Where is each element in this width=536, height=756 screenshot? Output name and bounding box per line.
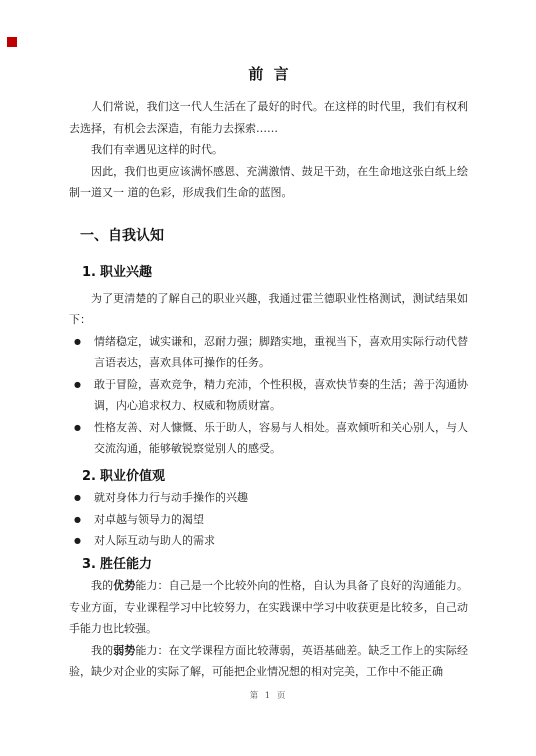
bullet-icon: ● [69,417,94,460]
subsection-title: 职业价值观 [100,467,165,486]
bullet-icon: ● [69,374,94,417]
paragraph-strength: 我的优势能力：自己是一个比较外向的性格，自认为具备了良好的沟通能力。专业方面，专… [69,575,468,640]
list-item-text: 对人际互动与助人的需求 [94,530,468,552]
bold-text-run: 弱势 [113,644,135,657]
subsection-heading-2: 2. 职业价值观 [82,467,468,486]
paragraph: 为了更清楚的了解自己的职业兴趣，我通过霍兰德职业性格测试，测试结果如下： [69,288,468,331]
section-heading: 一、自我认知 [80,226,468,246]
bullet-icon: ● [69,509,94,531]
bold-text-run: 优势 [113,579,135,592]
subsection-title: 职业兴趣 [100,263,152,282]
bullet-icon: ● [69,530,94,552]
paragraph: 人们常说，我们这一代人生活在了最好的时代。在这样的时代里，我们有权利去选择，有机… [69,96,468,139]
document-page: 前 言 人们常说，我们这一代人生活在了最好的时代。在这样的时代里，我们有权利去选… [0,0,536,756]
page-content: 前 言 人们常说，我们这一代人生活在了最好的时代。在这样的时代里，我们有权利去选… [69,0,468,702]
list-item-text: 对卓越与领导力的渴望 [94,509,468,531]
red-square-marker [7,37,17,47]
page-number-footer: 第 1 页 [69,690,468,702]
subsection-heading-3: 3. 胜任能力 [82,555,468,574]
list-item-text: 就对身体力行与动手操作的兴趣 [94,487,468,509]
bullet-icon: ● [69,487,94,509]
subsection-number: 3. [82,555,100,574]
list-item-text: 敢于冒险，喜欢竞争，精力充沛，个性积极，喜欢快节奏的生活；善于沟通协调，内心追求… [94,374,468,417]
paragraph: 我们有幸遇见这样的时代。 [69,139,468,161]
list-item: ● 对卓越与领导力的渴望 [69,509,468,531]
list-item-text: 情绪稳定，诚实谦和，忍耐力强；脚踏实地，重视当下，喜欢用实际行动代替言语表达，喜… [94,331,468,374]
list-item: ● 对人际互动与助人的需求 [69,530,468,552]
text-run: 我的 [91,644,113,657]
list-item: ● 性格友善、对人慷慨、乐于助人，容易与人相处。喜欢倾听和关心别人，与人交流沟通… [69,417,468,460]
intro-paragraphs: 人们常说，我们这一代人生活在了最好的时代。在这样的时代里，我们有权利去选择，有机… [69,96,468,204]
paragraph: 因此，我们也更应该满怀感恩、充满激情、鼓足干劲，在生命地这张白纸上绘制一道又一 … [69,161,468,204]
subsection-number: 2. [82,467,100,486]
subsection-heading-1: 1. 职业兴趣 [82,263,468,282]
bullet-icon: ● [69,331,94,374]
list-item: ● 敢于冒险，喜欢竞争，精力充沛，个性积极，喜欢快节奏的生活；善于沟通协调，内心… [69,374,468,417]
document-title: 前 言 [69,64,468,84]
subsection-title: 胜任能力 [100,555,152,574]
paragraph-weakness: 我的弱势能力：在文学课程方面比较薄弱，英语基础差。缺乏工作上的实际经验，缺少对企… [69,640,468,683]
list-item: ● 就对身体力行与动手操作的兴趣 [69,487,468,509]
list-item-text: 性格友善、对人慷慨、乐于助人，容易与人相处。喜欢倾听和关心别人，与人交流沟通，能… [94,417,468,460]
text-run: 我的 [91,579,113,592]
subsection-number: 1. [82,263,100,282]
list-item: ● 情绪稳定，诚实谦和，忍耐力强；脚踏实地，重视当下，喜欢用实际行动代替言语表达… [69,331,468,374]
